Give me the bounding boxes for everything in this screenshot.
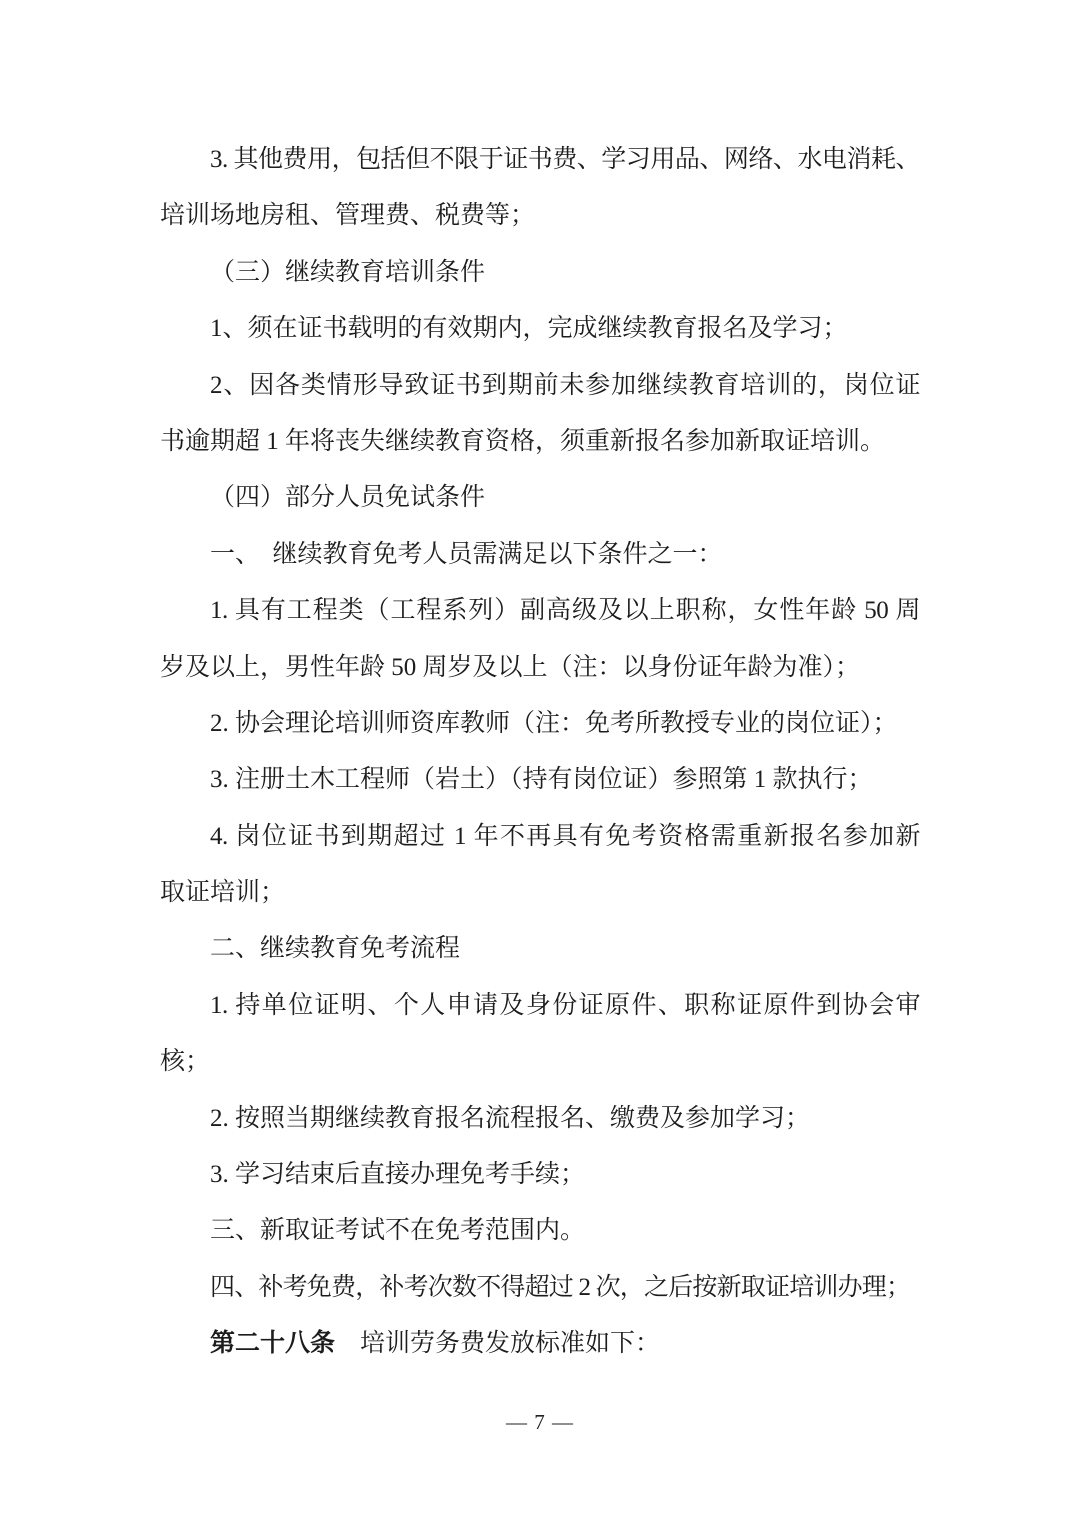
doc-line: 2. 协会理论培训师资库教师（注：免考所教授专业的岗位证）； xyxy=(160,696,920,752)
doc-line: 三、新取证考试不在免考范围内。 xyxy=(160,1203,920,1259)
doc-line: 3. 注册土木工程师（岩土）（持有岗位证）参照第 1 款执行； xyxy=(160,752,920,808)
doc-line: 书逾期超 1 年将丧失继续教育资格，须重新报名参加新取证培训。 xyxy=(160,414,920,470)
doc-line: 二、继续教育免考流程 xyxy=(160,921,920,977)
doc-line: 一、 继续教育免考人员需满足以下条件之一： xyxy=(160,527,920,583)
doc-line: 1. 持单位证明、个人申请及身份证原件、职称证原件到协会审 xyxy=(160,978,920,1034)
doc-line: 3. 其他费用，包括但不限于证书费、学习用品、网络、水电消耗、 xyxy=(160,132,920,188)
doc-line: 1. 具有工程类（工程系列）副高级及以上职称，女性年龄 50 周 xyxy=(160,583,920,639)
doc-line: 岁及以上，男性年龄 50 周岁及以上（注：以身份证年龄为准）； xyxy=(160,640,920,696)
doc-line: 四、补考免费，补考次数不得超过 2 次，之后按新取证培训办理； xyxy=(160,1260,920,1316)
doc-line: 2. 按照当期继续教育报名流程报名、缴费及参加学习； xyxy=(160,1091,920,1147)
doc-line: 第二十八条 培训劳务费发放标准如下： xyxy=(160,1316,920,1372)
doc-line: （三）继续教育培训条件 xyxy=(160,245,920,301)
page-number: — 7 — xyxy=(0,1410,1080,1435)
doc-line: 核； xyxy=(160,1034,920,1090)
doc-line: 培训场地房租、管理费、税费等； xyxy=(160,188,920,244)
doc-line: 3. 学习结束后直接办理免考手续； xyxy=(160,1147,920,1203)
doc-line: 4. 岗位证书到期超过 1 年不再具有免考资格需重新报名参加新 xyxy=(160,809,920,865)
doc-line: 取证培训； xyxy=(160,865,920,921)
doc-line: 2、因各类情形导致证书到期前未参加继续教育培训的，岗位证 xyxy=(160,358,920,414)
article-number: 第二十八条 xyxy=(210,1330,335,1357)
document-body: 3. 其他费用，包括但不限于证书费、学习用品、网络、水电消耗、培训场地房租、管理… xyxy=(160,132,920,1373)
doc-line: 1、须在证书载明的有效期内，完成继续教育报名及学习； xyxy=(160,301,920,357)
doc-line: （四）部分人员免试条件 xyxy=(160,470,920,526)
document-page: 3. 其他费用，包括但不限于证书费、学习用品、网络、水电消耗、培训场地房租、管理… xyxy=(0,0,1080,1527)
